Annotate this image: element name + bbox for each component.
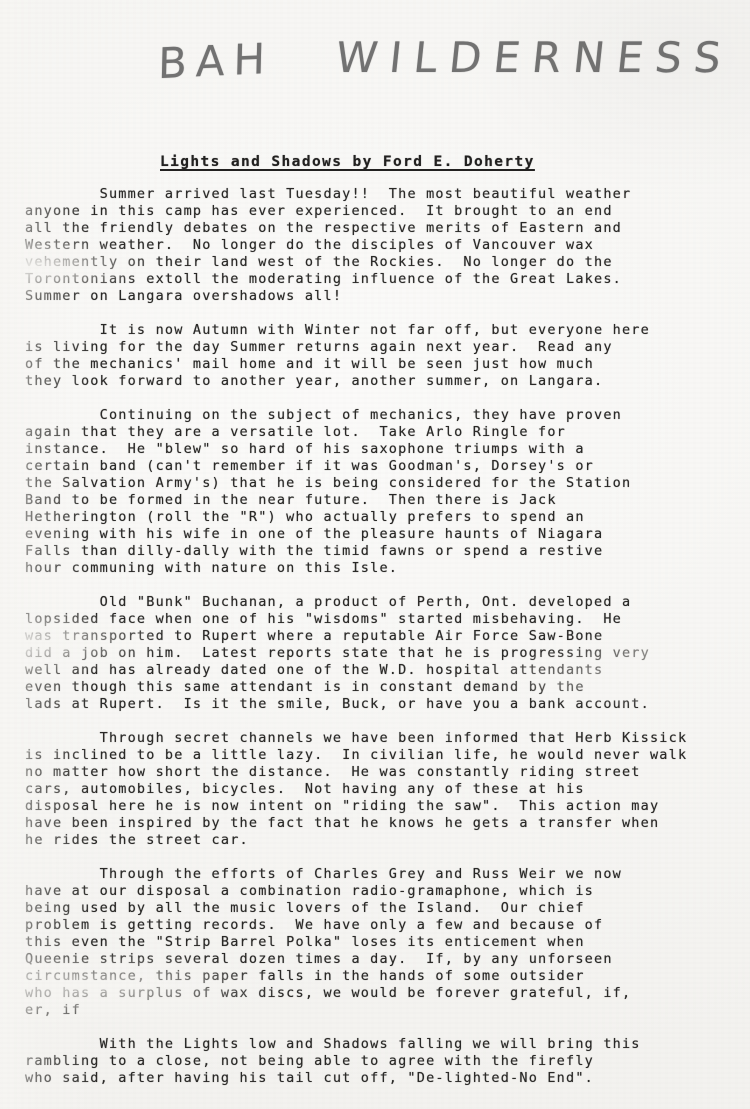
- scanned-document-page: BAH WILDERNESS Lights and Shadows by For…: [0, 0, 750, 1109]
- paragraph-autumn-winter: It is now Autumn with Winter not far off…: [25, 322, 731, 390]
- article-body: Summer arrived last Tuesday!! The most b…: [25, 186, 731, 1104]
- paragraph-herb-kissick: Through secret channels we have been inf…: [25, 730, 731, 849]
- article-heading: Lights and Shadows by Ford E. Doherty: [160, 154, 535, 170]
- paragraph-bunk-buchanan: Old "Bunk" Buchanan, a product of Perth,…: [25, 594, 731, 713]
- handwritten-word: WILDERNESS: [334, 33, 736, 82]
- paragraph-mechanics: Continuing on the subject of mechanics, …: [25, 407, 731, 577]
- handwritten-word: BAH: [157, 34, 274, 88]
- paragraph-closing: With the Lights low and Shadows falling …: [25, 1036, 731, 1087]
- paragraph-summer-arrived: Summer arrived last Tuesday!! The most b…: [25, 186, 731, 305]
- paragraph-radio-gramaphone: Through the efforts of Charles Grey and …: [25, 866, 731, 1019]
- handwritten-title: BAH WILDERNESS: [158, 31, 733, 86]
